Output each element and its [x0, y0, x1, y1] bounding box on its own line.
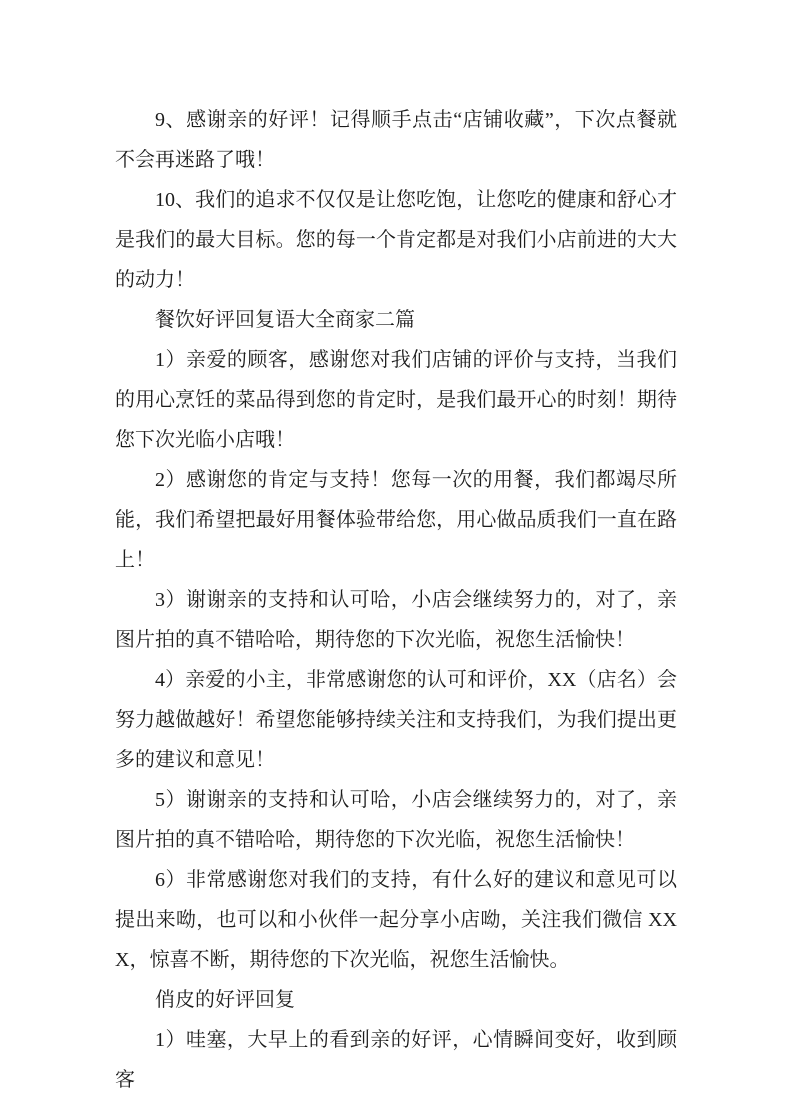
playful-reply-1: 1）哇塞，大早上的看到亲的好评，心情瞬间变好，收到顾客	[115, 1020, 677, 1100]
document-page: 9、感谢亲的好评！记得顺手点击“店铺收藏”，下次点餐就不会再迷路了哦！10、我们…	[0, 0, 792, 1120]
document-body: 9、感谢亲的好评！记得顺手点击“店铺收藏”，下次点餐就不会再迷路了哦！10、我们…	[0, 0, 792, 1100]
merchant-reply-5: 5）谢谢亲的支持和认可哈，小店会继续努力的，对了，亲图片拍的真不错哈哈，期待您的…	[115, 780, 677, 860]
merchant-reply-3: 3）谢谢亲的支持和认可哈，小店会继续努力的，对了，亲图片拍的真不错哈哈，期待您的…	[115, 580, 677, 660]
merchant-reply-2: 2）感谢您的肯定与支持！您每一次的用餐，我们都竭尽所能，我们希望把最好用餐体验带…	[115, 460, 677, 580]
merchant-reply-4: 4）亲爱的小主，非常感谢您的认可和评价，XX（店名）会努力越做越好！希望您能够持…	[115, 660, 677, 780]
merchant-reply-6: 6）非常感谢您对我们的支持，有什么好的建议和意见可以提出来呦，也可以和小伙伴一起…	[115, 860, 677, 980]
section-title-playful: 俏皮的好评回复	[115, 980, 677, 1020]
paragraph-reply-10: 10、我们的追求不仅仅是让您吃饱，让您吃的健康和舒心才是我们的最大目标。您的每一…	[115, 180, 677, 300]
merchant-reply-1: 1）亲爱的顾客，感谢您对我们店铺的评价与支持，当我们的用心烹饪的菜品得到您的肯定…	[115, 340, 677, 460]
section-title-merchant-two: 餐饮好评回复语大全商家二篇	[115, 300, 677, 340]
paragraph-reply-9: 9、感谢亲的好评！记得顺手点击“店铺收藏”，下次点餐就不会再迷路了哦！	[115, 100, 677, 180]
